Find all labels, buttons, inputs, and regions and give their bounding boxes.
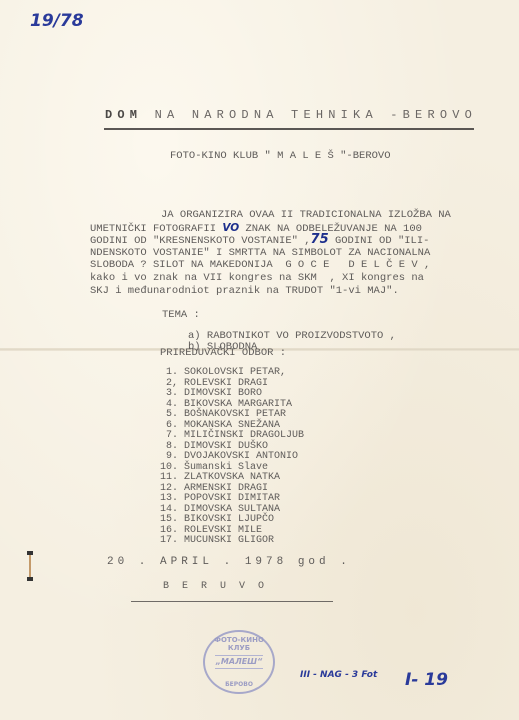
margin-mark bbox=[29, 553, 31, 579]
handwritten-archive-note: III - NAG - 3 Fot bbox=[300, 670, 377, 680]
header-mark: DOM bbox=[105, 108, 142, 122]
body-line-7: SKJ i međunarodniot praznik na TRUDOT "1… bbox=[90, 285, 399, 298]
club-stamp: ФОТО-КИНО КЛУБ „МАЛЕШ“ БЕРОВО bbox=[203, 630, 275, 694]
body-text: GODINI OD "KRESNENSKOTO VOSTANIE" , bbox=[90, 235, 311, 247]
handwritten-number: 75 bbox=[311, 232, 329, 247]
handwritten-reference-number: 19/78 bbox=[30, 11, 84, 31]
stamp-bottom-text: БЕРОВО bbox=[205, 681, 273, 688]
document-header: DOM NA NARODNA TEHNIKA -BEROVO bbox=[105, 108, 477, 122]
body-line-6: kako i vo znak na VII kongres na SKM , X… bbox=[90, 272, 424, 285]
stamp-top-text: ФОТО-КИНО КЛУБ bbox=[205, 636, 273, 652]
bottom-underline bbox=[131, 601, 333, 602]
handwritten-archive-number: I- 19 bbox=[405, 670, 448, 690]
committee-label: PRIREDUVAČKI ODBOR : bbox=[160, 347, 286, 360]
theme-label: TEMA : bbox=[162, 309, 200, 322]
document-place: BERUVO bbox=[163, 581, 277, 594]
handwritten-correction: VO bbox=[222, 222, 239, 234]
body-text: GODINI OD "ILI- bbox=[329, 235, 430, 247]
header-underline bbox=[104, 128, 474, 130]
body-line-3: GODINI OD "KRESNENSKOTO VOSTANIE" ,75 GO… bbox=[90, 234, 429, 248]
body-line-4: NDENSKOTO VOSTANIE" I SMRTTA NA SIMBOLOT… bbox=[90, 247, 430, 260]
document-date: 20 . APRIL . 1978 god . bbox=[107, 556, 351, 569]
header-text: NA NARODNA TEHNIKA -BEROVO bbox=[155, 108, 477, 122]
body-line-2: UMETNIČKI FOTOGRAFII VO ZNAK NA ODBELEŽU… bbox=[90, 222, 422, 236]
body-text: UMETNIČKI FOTOGRAFII bbox=[90, 223, 222, 235]
body-line-1: JA ORGANIZIRA OVAA II TRADICIONALNA IZLO… bbox=[161, 209, 451, 222]
body-line-5: SLOBODA ? SILOT NA MAKEDONIJA G O C E D … bbox=[90, 259, 430, 272]
body-text: ZNAK NA ODBELEŽUVANJE NA 100 bbox=[239, 223, 422, 235]
club-name: FOTO-KINO KLUB " M A L E Š "-BEROVO bbox=[170, 150, 391, 163]
list-item: 17. MUCUNSKI GLIGOR bbox=[160, 535, 274, 548]
stamp-center-text: „МАЛЕШ“ bbox=[215, 655, 263, 669]
